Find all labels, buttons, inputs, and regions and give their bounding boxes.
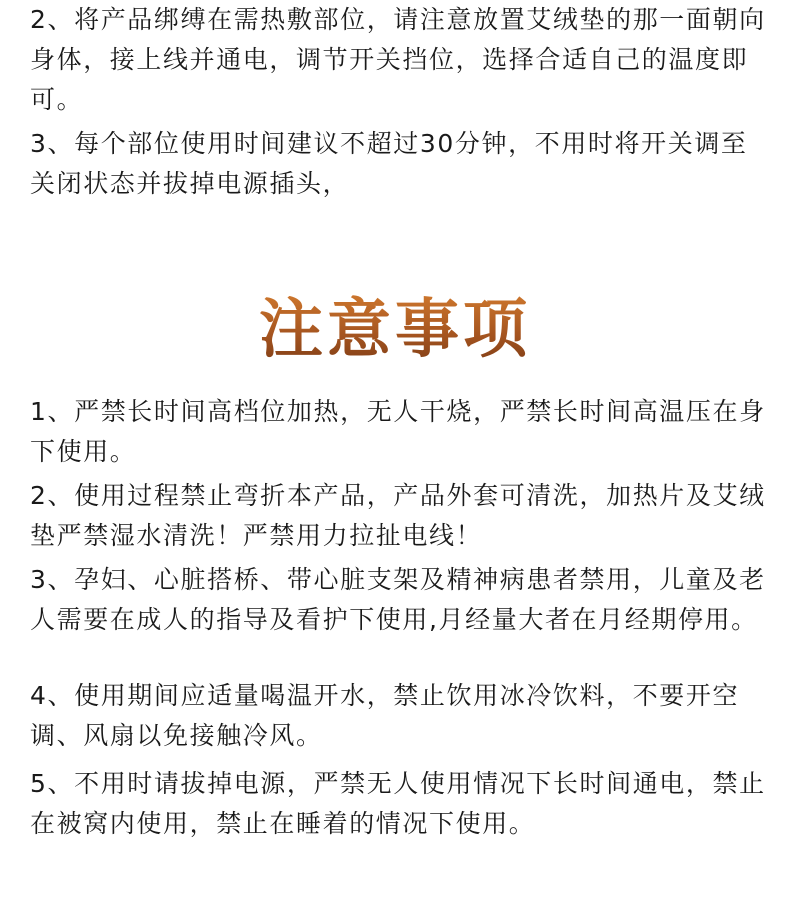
usage-step-3: 3、每个部位使用时间建议不超过30分钟，不用时将开关调至关闭状态并拔掉电源插头， [30,124,770,204]
notice-item-1: 1、严禁长时间高档位加热，无人干烧，严禁长时间高温压在身下使用。 [30,392,770,472]
notice-item-5: 5、不用时请拔掉电源，严禁无人使用情况下长时间通电，禁止在被窝内使用，禁止在睡着… [30,764,770,844]
usage-step-2: 2、将产品绑缚在需热敷部位，请注意放置艾绒垫的那一面朝向身体，接上线并通电，调节… [30,0,770,120]
notice-title: 注意事项 [0,290,790,370]
notice-item-3: 3、孕妇、心脏搭桥、带心脏支架及精神病患者禁用，儿童及老人需要在成人的指导及看护… [30,560,770,640]
notice-item-2: 2、使用过程禁止弯折本产品，产品外套可清洗，加热片及艾绒垫严禁湿水清洗！严禁用力… [30,476,770,556]
notice-item-4: 4、使用期间应适量喝温开水，禁止饮用冰冷饮料，不要开空调、风扇以免接触冷风。 [30,676,770,756]
